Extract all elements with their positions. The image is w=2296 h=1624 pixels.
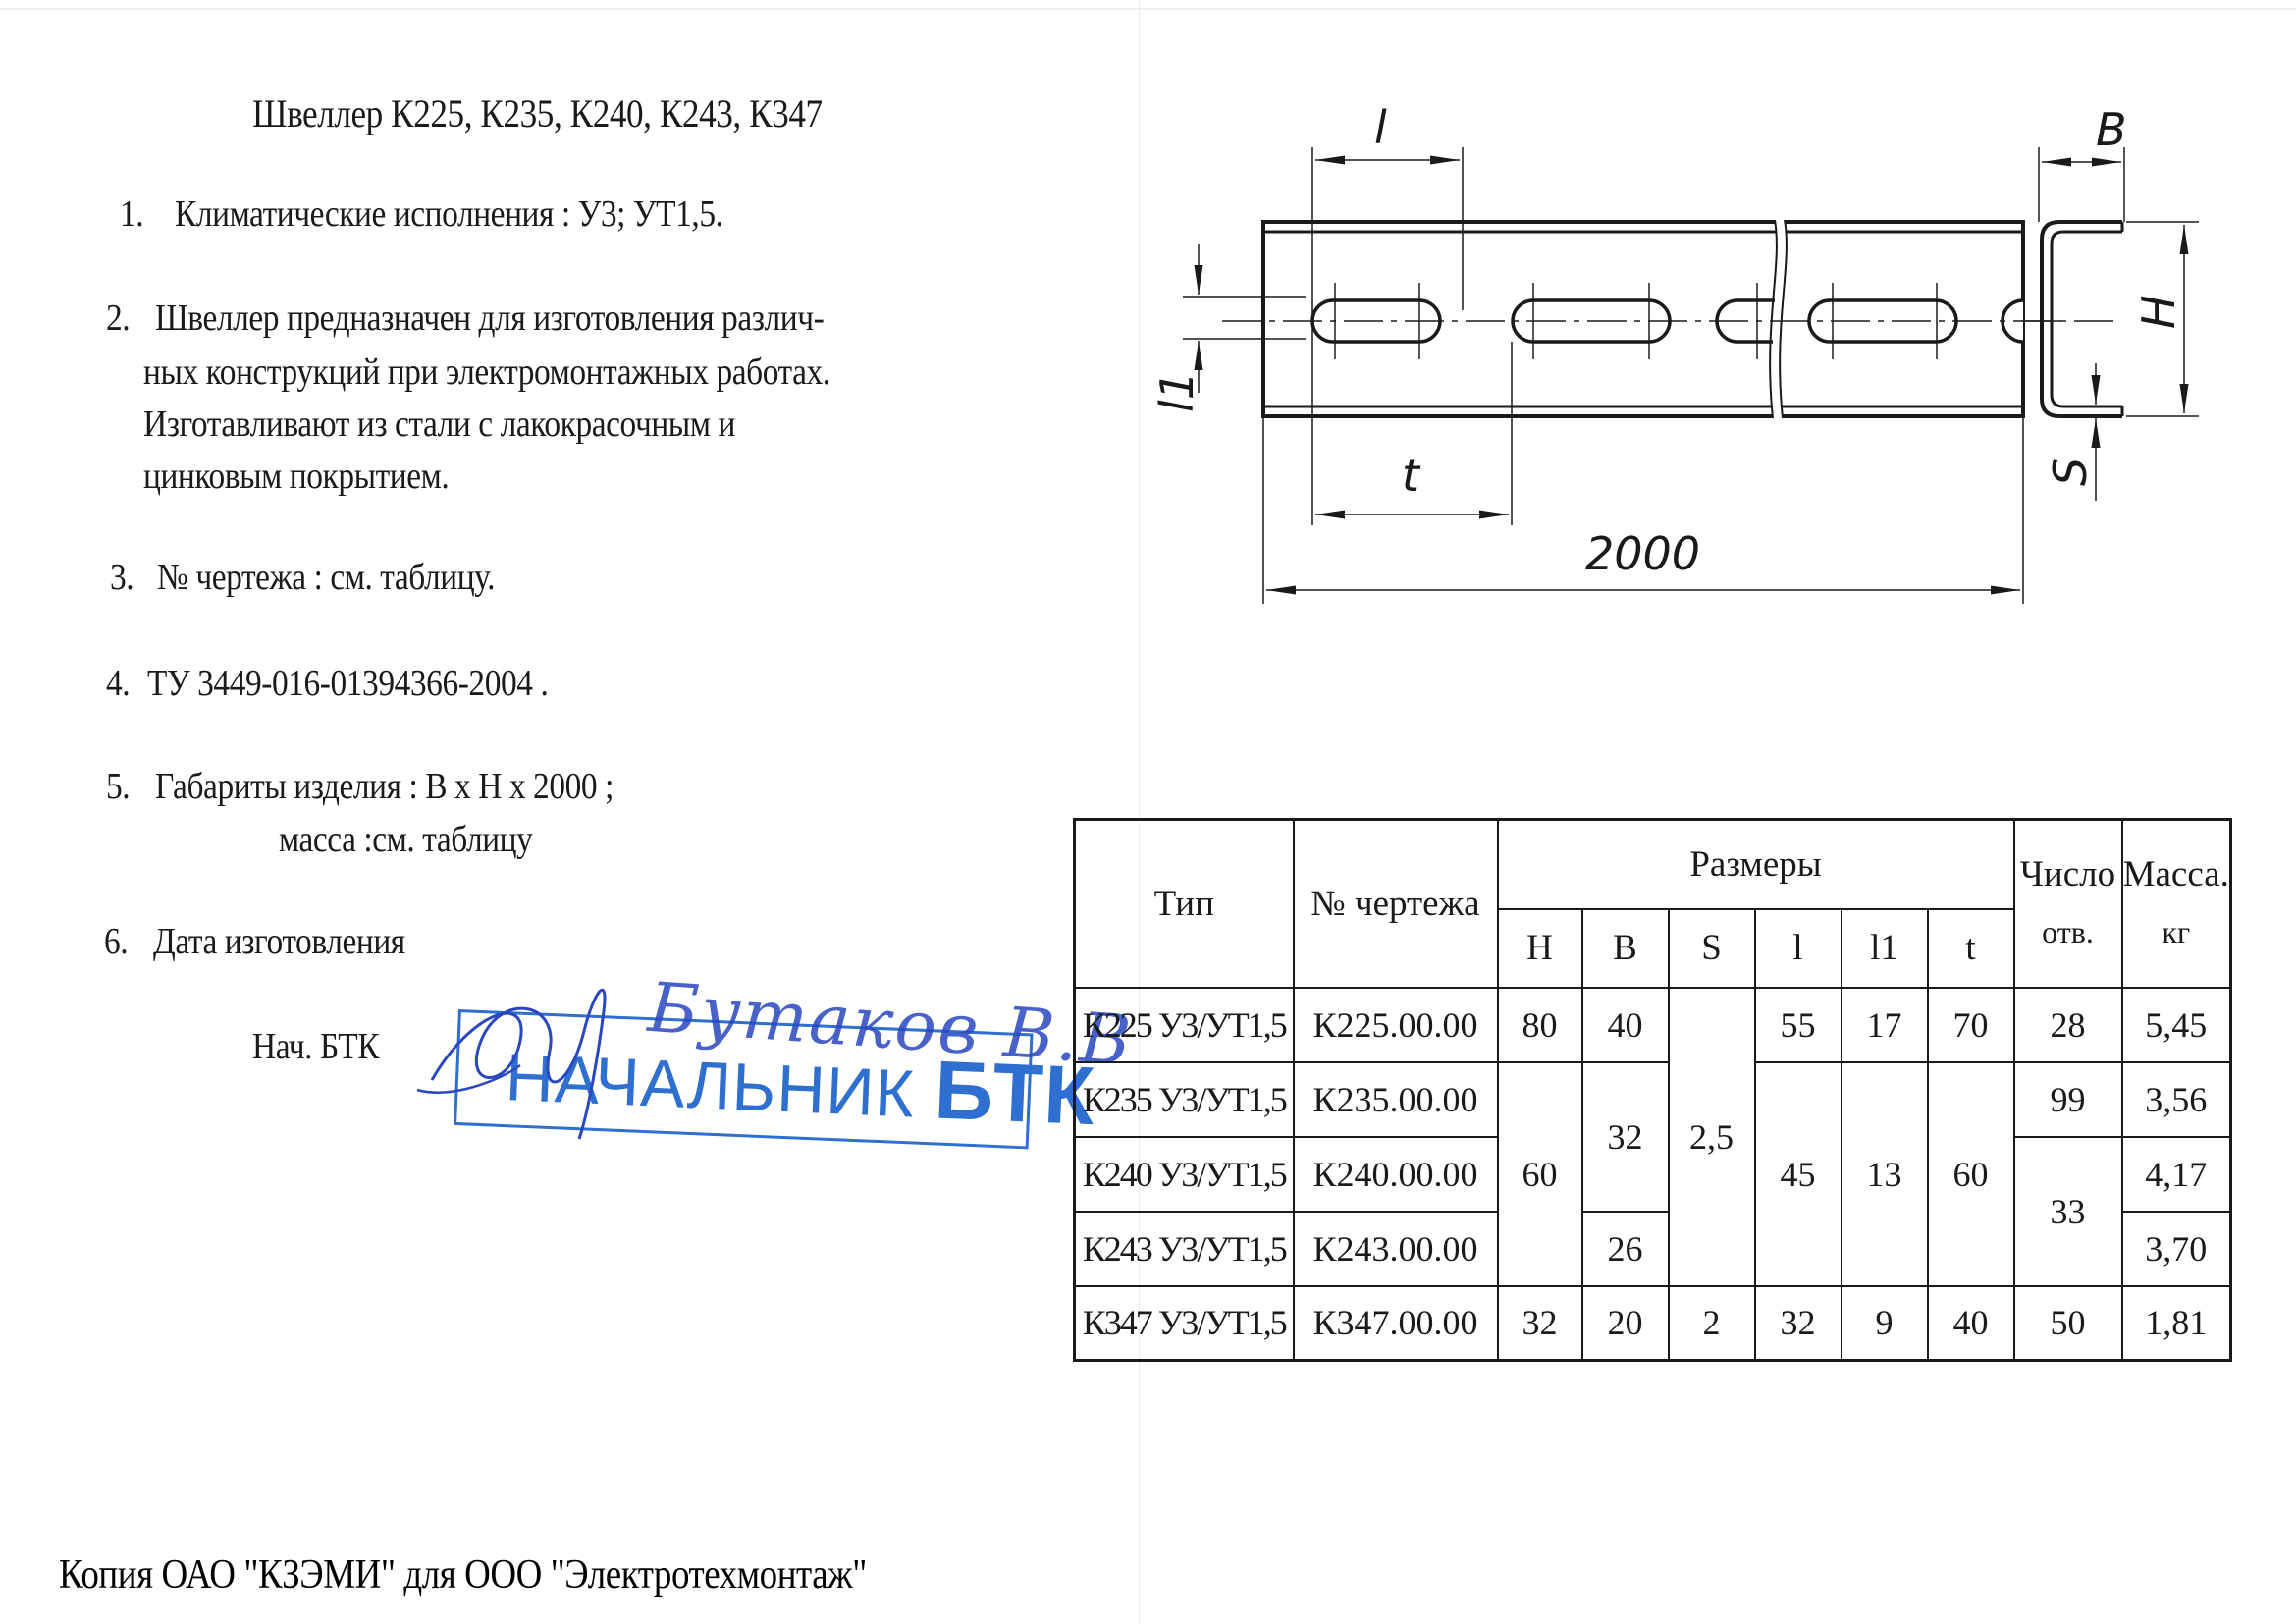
cell-drawing-no: К347.00.00 bbox=[1294, 1286, 1498, 1361]
header-l: l bbox=[1755, 909, 1842, 988]
dim-label-l1: l1 bbox=[1150, 371, 1203, 412]
cell-B: 20 bbox=[1582, 1286, 1669, 1361]
cell-t-merged: 60 bbox=[1928, 1062, 2014, 1286]
cell-t: 70 bbox=[1928, 988, 2014, 1062]
item-6-number: 6. bbox=[104, 920, 128, 963]
header-H: H bbox=[1498, 909, 1582, 988]
header-t: t bbox=[1928, 909, 2014, 988]
cell-holes-merged: 33 bbox=[2014, 1137, 2122, 1286]
header-holes-line-2: отв. bbox=[2015, 903, 2121, 960]
cell-drawing-no: К243.00.00 bbox=[1294, 1212, 1498, 1286]
table-row: К235 У3/УТ1,5 К235.00.00 60 32 45 13 60 … bbox=[1075, 1062, 2231, 1137]
cell-l-merged: 45 bbox=[1755, 1062, 1842, 1286]
channel-drawing: l l1 t 2000 B H S bbox=[0, 0, 2296, 815]
cell-mass: 5,45 bbox=[2122, 988, 2231, 1062]
cell-type: К243 У3/УТ1,5 bbox=[1075, 1212, 1294, 1286]
signoff-label: Нач. БТК bbox=[252, 1025, 379, 1068]
cell-mass: 1,81 bbox=[2122, 1286, 2231, 1361]
header-mass-line-2: кг bbox=[2123, 903, 2230, 960]
dim-label-B: B bbox=[2096, 103, 2127, 156]
spec-table: Тип № чертежа Размеры Число отв. Масса. … bbox=[1073, 818, 2232, 1362]
table-row: К225 У3/УТ1,5 К225.00.00 80 40 2,5 55 17… bbox=[1075, 988, 2231, 1062]
item-6-text: Дата изготовления bbox=[153, 920, 405, 963]
dim-label-S: S bbox=[2044, 458, 2097, 486]
cell-S-merged: 2,5 bbox=[1669, 988, 1755, 1286]
cell-H: 32 bbox=[1498, 1286, 1582, 1361]
cell-H-merged: 60 bbox=[1498, 1062, 1582, 1286]
cell-mass: 3,56 bbox=[2122, 1062, 2231, 1137]
dim-label-l: l bbox=[1374, 101, 1387, 154]
cell-l1: 9 bbox=[1842, 1286, 1928, 1361]
dim-label-H: H bbox=[2132, 295, 2185, 329]
cell-drawing-no: К240.00.00 bbox=[1294, 1137, 1498, 1212]
cell-type: К347 У3/УТ1,5 bbox=[1075, 1286, 1294, 1361]
cell-type: К225 У3/УТ1,5 bbox=[1075, 988, 1294, 1062]
cell-l1: 17 bbox=[1842, 988, 1928, 1062]
item-5-line-2: масса :см. таблицу bbox=[279, 818, 532, 861]
cell-drawing-no: К225.00.00 bbox=[1294, 988, 1498, 1062]
cell-t: 40 bbox=[1928, 1286, 2014, 1361]
header-type: Тип bbox=[1075, 820, 1294, 988]
header-mass: Масса. кг bbox=[2122, 820, 2231, 988]
header-B: B bbox=[1582, 909, 1669, 988]
cell-H: 80 bbox=[1498, 988, 1582, 1062]
cell-holes: 28 bbox=[2014, 988, 2122, 1062]
cell-l1-merged: 13 bbox=[1842, 1062, 1928, 1286]
cell-type: К240 У3/УТ1,5 bbox=[1075, 1137, 1294, 1212]
header-holes-line-1: Число bbox=[2015, 846, 2121, 903]
cell-mass: 3,70 bbox=[2122, 1212, 2231, 1286]
cell-holes: 50 bbox=[2014, 1286, 2122, 1361]
header-l1: l1 bbox=[1842, 909, 1928, 988]
cell-drawing-no: К235.00.00 bbox=[1294, 1062, 1498, 1137]
cell-mass: 4,17 bbox=[2122, 1137, 2231, 1212]
dim-label-length: 2000 bbox=[1585, 527, 1700, 580]
header-dimensions: Размеры bbox=[1498, 820, 2014, 909]
cell-S: 2 bbox=[1669, 1286, 1755, 1361]
header-mass-line-1: Масса. bbox=[2123, 846, 2230, 903]
dim-label-t: t bbox=[1402, 449, 1421, 502]
header-drawing-no: № чертежа bbox=[1294, 820, 1498, 988]
header-holes: Число отв. bbox=[2014, 820, 2122, 988]
cell-B: 40 bbox=[1582, 988, 1669, 1062]
header-S: S bbox=[1669, 909, 1755, 988]
copy-footer: Копия ОАО "КЗЭМИ" для ООО "Электротехмон… bbox=[59, 1551, 867, 1598]
cell-l: 32 bbox=[1755, 1286, 1842, 1361]
cell-B-merged: 32 bbox=[1582, 1062, 1669, 1212]
cell-l: 55 bbox=[1755, 988, 1842, 1062]
table-row: К347 У3/УТ1,5 К347.00.00 32 20 2 32 9 40… bbox=[1075, 1286, 2231, 1361]
cell-B: 26 bbox=[1582, 1212, 1669, 1286]
cell-type: К235 У3/УТ1,5 bbox=[1075, 1062, 1294, 1137]
cell-holes: 99 bbox=[2014, 1062, 2122, 1137]
